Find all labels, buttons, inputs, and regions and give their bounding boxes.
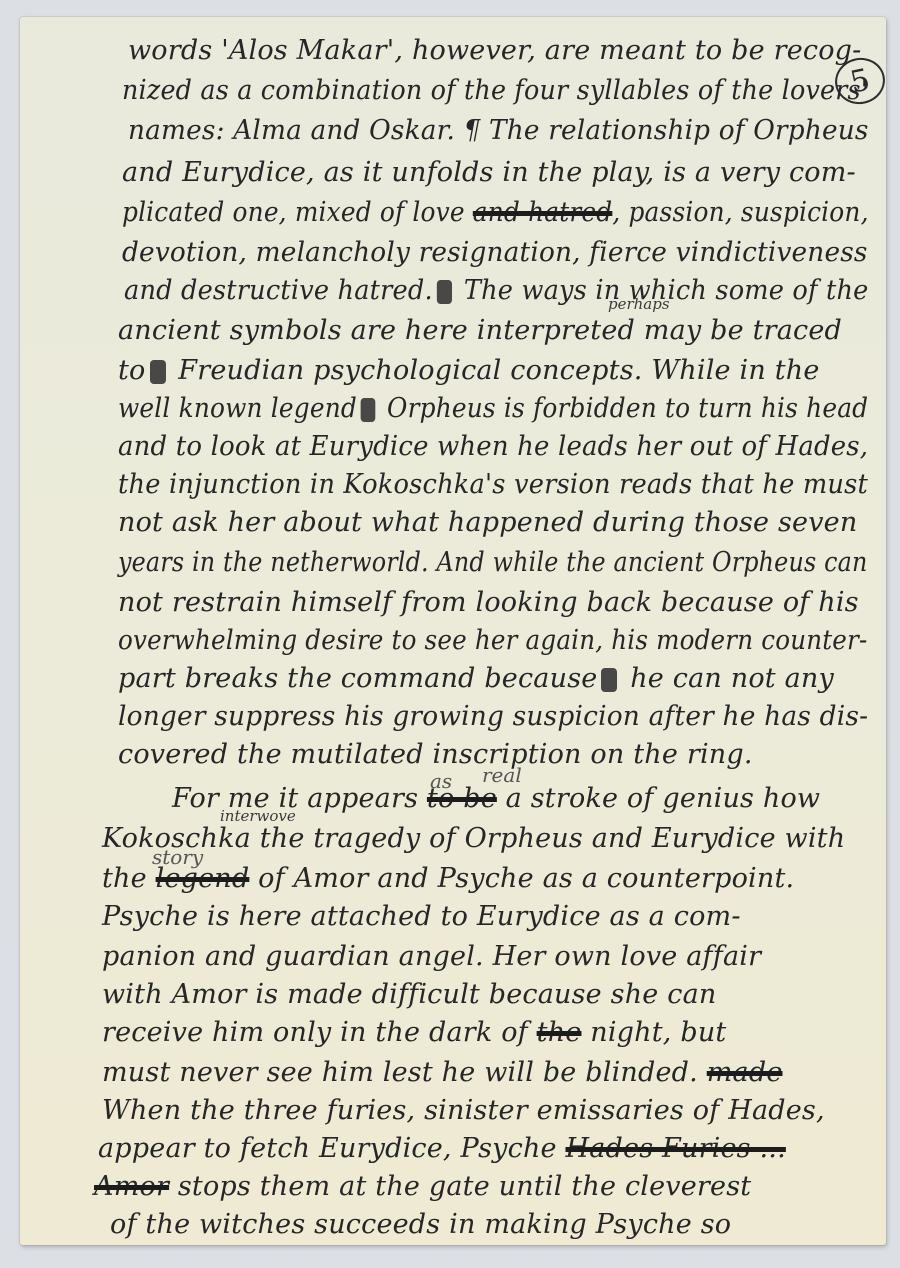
text-line: receive him only in the dark of the nigh…	[102, 1017, 727, 1048]
text-line: nized as a combination of the four sylla…	[122, 75, 868, 106]
text-line: and destructive hatred. The ways in whic…	[124, 275, 869, 306]
struck-text: to be	[427, 783, 497, 814]
text-line: Kokoschka the tragedy of Orpheus and Eur…	[102, 823, 845, 854]
text-line: to Freudian psychological concepts. Whil…	[118, 355, 820, 386]
struck-text: made	[707, 1057, 783, 1088]
text-line: ancient symbols are here interpreted may…	[118, 315, 842, 346]
text-line: years in the netherworld. And while the …	[118, 547, 868, 578]
text-line: words 'Alos Makar', however, are meant t…	[128, 35, 861, 66]
text-line: with Amor is made difficult because she …	[102, 979, 716, 1010]
ink-blot	[150, 360, 166, 384]
insertion-text: perhaps	[608, 295, 670, 313]
text-line: not ask her about what happened during t…	[118, 507, 857, 538]
text-line: When the three furies, sinister emissari…	[102, 1095, 825, 1126]
text-line: covered the mutilated inscription on the…	[118, 739, 753, 770]
text-line: devotion, melancholy resignation, fierce…	[122, 237, 868, 268]
text-line: Psyche is here attached to Eurydice as a…	[102, 901, 741, 932]
struck-text: the	[537, 1017, 582, 1048]
ink-blot	[437, 280, 452, 304]
text-line: and to look at Eurydice when he leads he…	[118, 431, 868, 462]
manuscript-page: 5 words 'Alos Makar', however, are meant…	[20, 17, 886, 1245]
text-line: and Eurydice, as it unfolds in the play,…	[122, 157, 856, 188]
text-line: Amor stops them at the gate until the cl…	[94, 1171, 751, 1202]
struck-text: Amor	[94, 1171, 169, 1202]
text-line: names: Alma and Oskar. ¶ The relationshi…	[128, 115, 869, 146]
text-line: the legend of Amor and Psyche as a count…	[102, 863, 794, 894]
text-line: must never see him lest he will be blind…	[102, 1057, 783, 1088]
text-line: overwhelming desire to see her again, hi…	[118, 625, 867, 656]
ink-blot	[361, 398, 376, 422]
text-line: appear to fetch Eurydice, Psyche Hades F…	[98, 1133, 786, 1164]
struck-text: legend	[156, 863, 250, 894]
struck-text: and hatred	[473, 197, 613, 228]
text-line: plicated one, mixed of love and hatred, …	[122, 197, 869, 228]
ink-blot	[601, 668, 617, 692]
text-line: the injunction in Kokoschka's version re…	[118, 469, 868, 500]
text-line: well known legend Orpheus is forbidden t…	[118, 393, 868, 424]
text-line: of the witches succeeds in making Psyche…	[110, 1209, 731, 1240]
text-line: not restrain himself from looking back b…	[118, 587, 859, 618]
text-line: longer suppress his growing suspicion af…	[118, 701, 868, 732]
struck-text: Hades Furies ...	[566, 1133, 786, 1164]
text-line: panion and guardian angel. Her own love …	[102, 941, 761, 972]
text-line: part breaks the command because he can n…	[118, 663, 834, 694]
